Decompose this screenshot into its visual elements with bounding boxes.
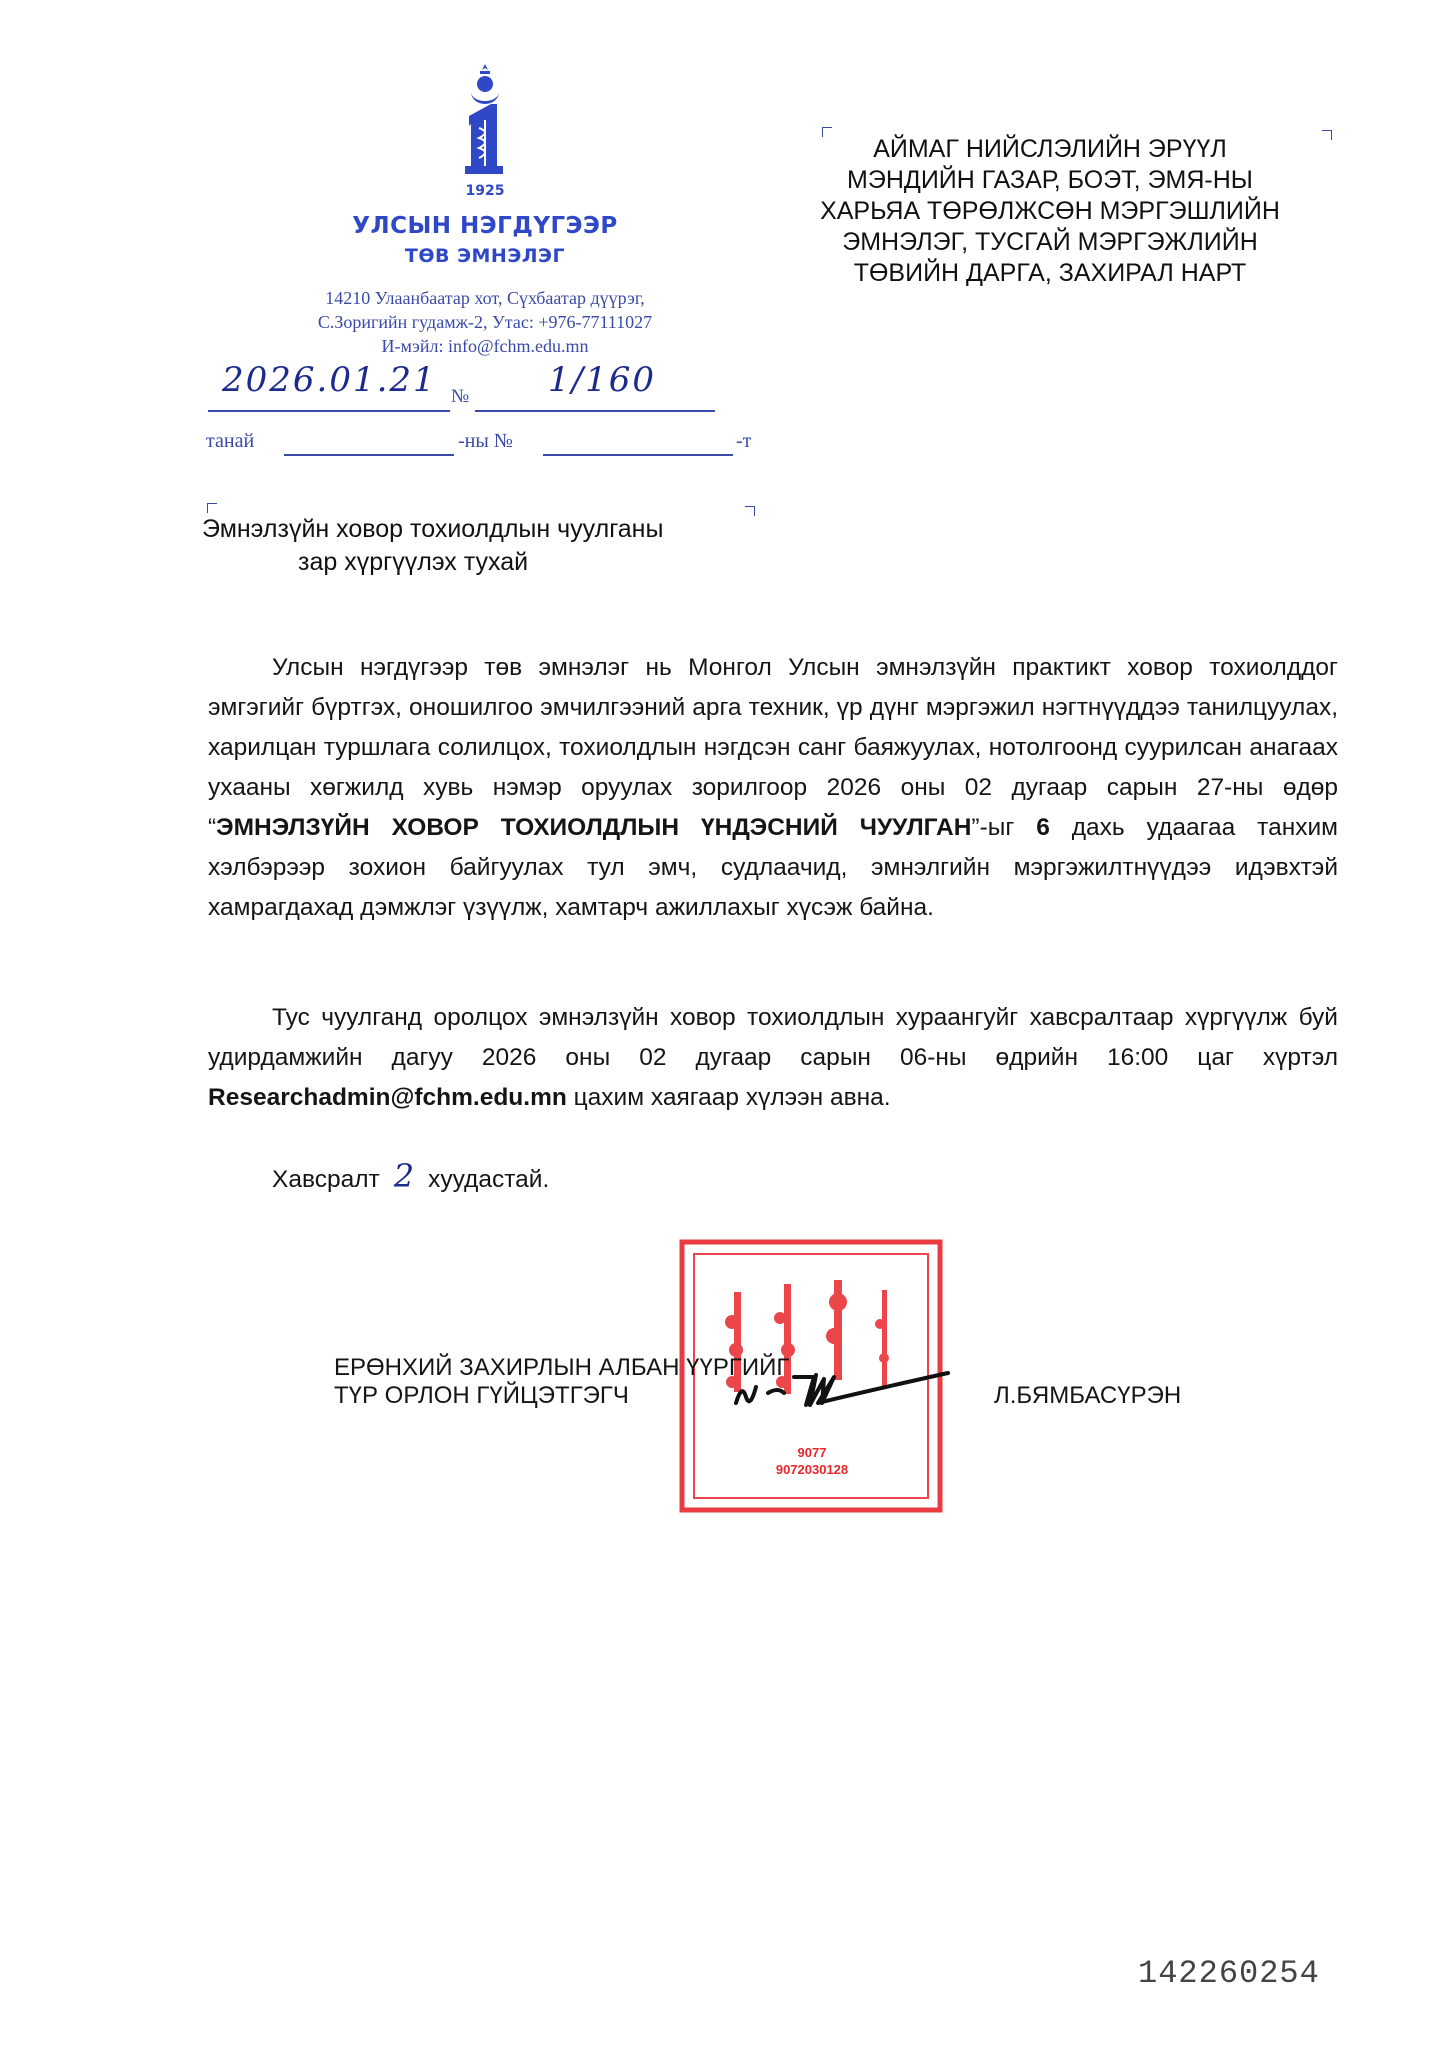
- body-paragraph-1: Улсын нэгдүгээр төв эмнэлэг нь Монгол Ул…: [208, 648, 1338, 928]
- founding-year: 1925: [440, 183, 530, 199]
- subject-line1: Эмнэлзүйн ховор тохиолдлын чуулганы: [202, 515, 663, 543]
- subject-line2: зар хүргүүлэх тухай: [202, 546, 663, 579]
- address-line1: 14210 Улаанбаатар хот, Сүхбаатар дүүрэг,: [240, 286, 730, 310]
- attachment-note: Хавсралт2хуудастай.: [272, 1157, 549, 1195]
- your-number-label: -ны №: [458, 430, 513, 453]
- date-underline: [208, 410, 450, 412]
- organization-name-line1: УЛСЫН НЭГДҮГЭЭР: [270, 213, 700, 239]
- addressee-line: ЭМНЭЛЭГ, ТУСГАЙ МЭРГЭЖЛИЙН: [780, 227, 1320, 258]
- p1-text: Улсын нэгдүгээр төв эмнэлэг нь Монгол Ул…: [208, 654, 1338, 841]
- submission-email-link[interactable]: Researchadmin@fchm.edu.mn: [208, 1084, 567, 1111]
- svg-text:9077: 9077: [798, 1445, 827, 1460]
- addressee-corner-right: [1322, 130, 1332, 140]
- p2-text: Тус чуулганд оролцох эмнэлзүйн ховор тох…: [208, 1004, 1338, 1071]
- addressee-line: ХАРЬЯА ТӨРӨЛЖСӨН МЭРГЭШЛИЙН: [780, 196, 1320, 227]
- addressee-line: АЙМАГ НИЙСЛЭЛИЙН ЭРҮҮЛ: [780, 134, 1320, 165]
- attachment-page-count: 2: [394, 1157, 414, 1195]
- addressee-block: АЙМАГ НИЙСЛЭЛИЙН ЭРҮҮЛ МЭНДИЙН ГАЗАР, БО…: [780, 134, 1320, 289]
- attachment-suffix: хуудастай.: [428, 1166, 549, 1193]
- subject-corner-right: [745, 506, 755, 516]
- your-reference-end: -т: [736, 430, 751, 453]
- attachment-label: Хавсралт: [272, 1166, 380, 1193]
- your-label: танай: [206, 430, 254, 452]
- hospital-logo-icon: [455, 62, 515, 182]
- handwritten-signature-icon: [696, 1355, 996, 1415]
- document-serial-number: 142260254: [1138, 1955, 1320, 1992]
- addressee-line: ТӨВИЙН ДАРГА, ЗАХИРАЛ НАРТ: [780, 258, 1320, 289]
- handwritten-document-number: 1/160: [548, 360, 656, 400]
- body-paragraph-2: Тус чуулганд оролцох эмнэлзүйн ховор тох…: [208, 998, 1338, 1118]
- handwritten-date: 2026.01.21: [222, 360, 437, 400]
- svg-text:9072030128: 9072030128: [776, 1462, 848, 1477]
- event-edition: 6: [1036, 814, 1050, 841]
- organization-name-line2: ТӨВ ЭМНЭЛЭГ: [270, 245, 700, 267]
- p2-text: цахим хаягаар хүлээн авна.: [567, 1084, 891, 1111]
- number-sign: №: [451, 386, 469, 408]
- address-line2: С.Зоригийн гудамж-2, Утас: +976-77111027: [240, 310, 730, 334]
- your-reference-row: танай: [206, 430, 254, 453]
- number-underline: [475, 410, 715, 412]
- subject-corner-left: [207, 503, 217, 513]
- event-name: ЭМНЭЛЗҮЙН ХОВОР ТОХИОЛДЛЫН ҮНДЭСНИЙ ЧУУЛ…: [216, 814, 971, 841]
- p1-text: ”-ыг: [971, 814, 1036, 841]
- addressee-line: МЭНДИЙН ГАЗАР, БОЭТ, ЭМЯ-НЫ: [780, 165, 1320, 196]
- subject-block: Эмнэлзүйн ховор тохиолдлын чуулганы зар …: [202, 513, 663, 579]
- email-line: И-мэйл: info@fchm.edu.mn: [240, 334, 730, 358]
- signatory-name: Л.БЯМБАСҮРЭН: [994, 1382, 1181, 1410]
- your-number-underline: [543, 454, 733, 456]
- your-date-underline: [284, 454, 454, 456]
